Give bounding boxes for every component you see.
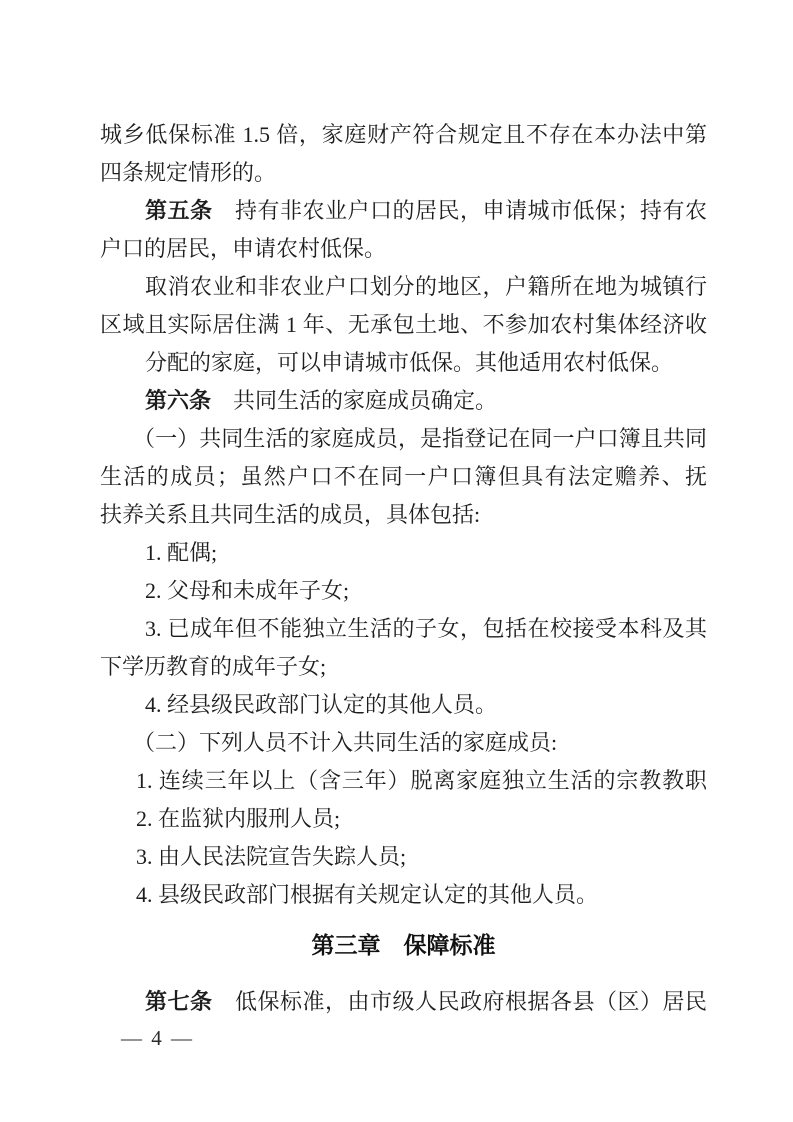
text-line: 户口的居民，申请农村低保。 xyxy=(100,230,707,268)
text-line: 扶养关系且共同生活的成员，具体包括: xyxy=(100,496,707,534)
line-text: 1. 配偶; xyxy=(145,540,217,565)
text-line: 区域且实际居住满 1 年、无承包土地、不参加农村集体经济收益 xyxy=(100,306,707,344)
line-text: 城乡低保标准 1.5 倍，家庭财产符合规定且不存在本办法中第十 xyxy=(100,122,707,154)
list-item: 2. 父母和未成年子女; xyxy=(100,572,707,610)
list-item: 1. 配偶; xyxy=(100,534,707,572)
article-number: 第五条 xyxy=(145,198,213,223)
list-item: 4. 经县级民政部门认定的其他人员。 xyxy=(100,686,707,724)
text-line-article-5: 第五条 持有非农业户口的居民，申请城市低保；持有农业 xyxy=(100,192,707,230)
line-text: 3. 已成年但不能独立生活的子女，包括在校接受本科及其以 xyxy=(100,616,707,648)
line-text: 扶养关系且共同生活的成员，具体包括: xyxy=(100,502,480,527)
line-text: 2. 父母和未成年子女; xyxy=(145,578,349,603)
line-text: 生活的成员；虽然户口不在同一户口簿但具有法定赡养、抚养、 xyxy=(100,464,707,496)
text-line: 分配的家庭，可以申请城市低保。其他适用农村低保。 xyxy=(100,344,707,382)
line-text: 1. 连续三年以上（含三年）脱离家庭独立生活的宗教教职人员; xyxy=(100,768,707,800)
article-number: 第六条 xyxy=(145,388,211,413)
line-text: 3. 由人民法院宣告失踪人员; xyxy=(136,844,406,869)
text-line: 下学历教育的成年子女; xyxy=(100,648,707,686)
article-number: 第七条 xyxy=(145,989,213,1014)
page-number: — 4 — xyxy=(121,1024,194,1052)
text-line-article-7: 第七条 低保标准，由市级人民政府根据各县（区）居民生 xyxy=(100,983,707,1021)
line-text: 取消农业和非农业户口划分的地区，户籍所在地为城镇行政 xyxy=(100,274,707,306)
line-text: （一）共同生活的家庭成员，是指登记在同一户口簿且共同 xyxy=(133,426,707,451)
text-line: 四条规定情形的。 xyxy=(100,154,707,192)
chapter-heading: 第三章 保障标准 xyxy=(100,926,707,964)
list-item: 3. 已成年但不能独立生活的子女，包括在校接受本科及其以 xyxy=(100,610,707,648)
line-text: 户口的居民，申请农村低保。 xyxy=(100,236,386,261)
line-text: 4. 县级民政部门根据有关规定认定的其他人员。 xyxy=(136,882,598,907)
text-line-article-6: 第六条 共同生活的家庭成员确定。 xyxy=(100,382,707,420)
line-text: 分配的家庭，可以申请城市低保。其他适用农村低保。 xyxy=(145,350,673,375)
line-text: 4. 经县级民政部门认定的其他人员。 xyxy=(145,692,497,717)
text-line-item-2: （二）下列人员不计入共同生活的家庭成员: xyxy=(100,724,707,762)
list-item: 4. 县级民政部门根据有关规定认定的其他人员。 xyxy=(100,876,707,914)
line-text: 四条规定情形的。 xyxy=(100,160,276,185)
line-text: 区域且实际居住满 1 年、无承包土地、不参加农村集体经济收益 xyxy=(100,312,707,344)
list-item: 2. 在监狱内服刑人员; xyxy=(100,800,707,838)
list-item: 3. 由人民法院宣告失踪人员; xyxy=(100,838,707,876)
list-item: 1. 连续三年以上（含三年）脱离家庭独立生活的宗教教职人员; xyxy=(100,762,707,800)
text-line: 城乡低保标准 1.5 倍，家庭财产符合规定且不存在本办法中第十 xyxy=(100,116,707,154)
document-body: 城乡低保标准 1.5 倍，家庭财产符合规定且不存在本办法中第十 四条规定情形的。… xyxy=(100,116,707,1021)
line-text: 下学历教育的成年子女; xyxy=(100,654,326,679)
line-text: （二）下列人员不计入共同生活的家庭成员: xyxy=(133,730,557,755)
text-line: 取消农业和非农业户口划分的地区，户籍所在地为城镇行政 xyxy=(100,268,707,306)
text-line: 生活的成员；虽然户口不在同一户口簿但具有法定赡养、抚养、 xyxy=(100,458,707,496)
line-text: 共同生活的家庭成员确定。 xyxy=(211,388,497,413)
text-line-item-1: （一）共同生活的家庭成员，是指登记在同一户口簿且共同 xyxy=(100,420,707,458)
line-text: 2. 在监狱内服刑人员; xyxy=(136,806,340,831)
